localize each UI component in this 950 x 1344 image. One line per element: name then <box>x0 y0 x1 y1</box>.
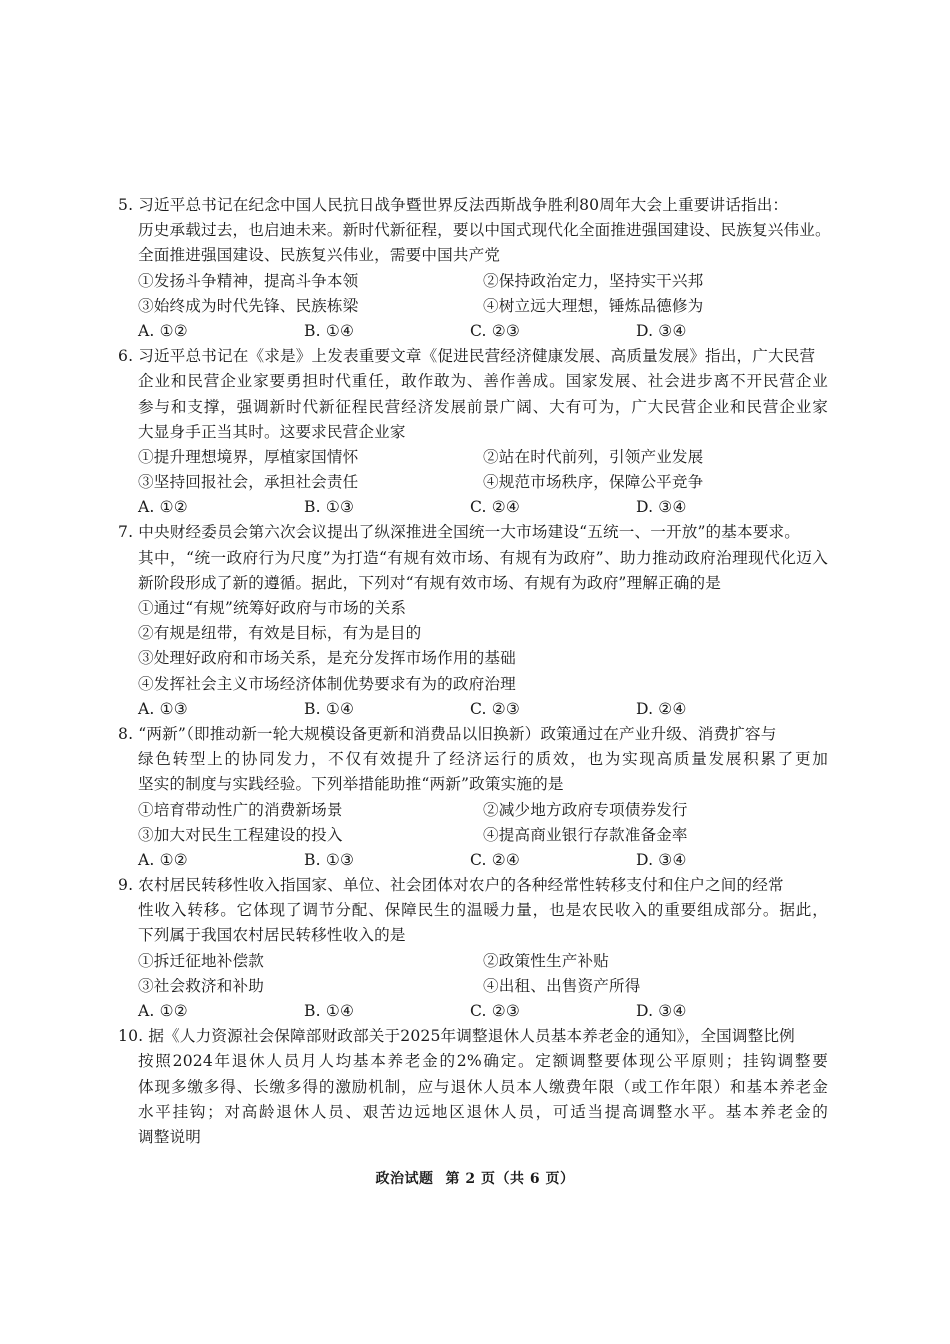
option-1: ①提升理想境界，厚植家国情怀 <box>138 445 483 470</box>
choice-b: B. ①③ <box>304 495 470 520</box>
option-row: ③始终成为时代先锋、民族栋梁 ④树立远大理想，锤炼品德修为 <box>118 294 828 319</box>
choice-c: C. ②④ <box>470 848 636 873</box>
question-stem-line: 其中，“统一政府行为尺度”为打造“有规有效市场、有规有为政府”、助力推动政府治理… <box>118 546 828 571</box>
question-stem-line: 9. 农村居民转移性收入指国家、单位、社会团体对农户的各种经常性转移支付和住户之… <box>118 873 828 898</box>
question-stem-line: 大显身手正当其时。这要求民营企业家 <box>118 420 828 445</box>
choice-c: C. ②③ <box>470 999 636 1024</box>
choice-d: D. ③④ <box>636 495 802 520</box>
question-stem-line: 全面推进强国建设、民族复兴伟业，需要中国共产党 <box>118 243 828 268</box>
question-stem-line: 8. “两新”（即推动新一轮大规模设备更新和消费品以旧换新）政策通过在产业升级、… <box>118 722 828 747</box>
choice-d: D. ③④ <box>636 999 802 1024</box>
question-stem-line: 6. 习近平总书记在《求是》上发表重要文章《促进民营经济健康发展、高质量发展》指… <box>118 344 828 369</box>
option-2: ②政策性生产补贴 <box>483 949 828 974</box>
option-row: ③坚持回报社会，承担社会责任 ④规范市场秩序，保障公平竞争 <box>118 470 828 495</box>
option-3: ③处理好政府和市场关系，是充分发挥市场作用的基础 <box>118 646 828 671</box>
option-2: ②减少地方政府专项债券发行 <box>483 798 828 823</box>
option-3: ③社会救济和补助 <box>138 974 483 999</box>
question-6: 6. 习近平总书记在《求是》上发表重要文章《促进民营经济健康发展、高质量发展》指… <box>118 344 828 520</box>
option-4: ④发挥社会主义市场经济体制优势要求有为的政府治理 <box>118 672 828 697</box>
option-3: ③始终成为时代先锋、民族栋梁 <box>138 294 483 319</box>
option-row: ③社会救济和补助 ④出租、出售资产所得 <box>118 974 828 999</box>
option-4: ④出租、出售资产所得 <box>483 974 828 999</box>
answer-choices: A. ①② B. ①③ C. ②④ D. ③④ <box>118 495 828 520</box>
choice-c: C. ②④ <box>470 495 636 520</box>
choice-d: D. ②④ <box>636 697 802 722</box>
option-2: ②有规是纽带，有效是目标，有为是目的 <box>118 621 828 646</box>
choice-a: A. ①② <box>138 848 304 873</box>
page-footer: 政治试题第 2 页（共 6 页） <box>0 1168 950 1188</box>
question-7: 7. 中央财经委员会第六次会议提出了纵深推进全国统一大市场建设“五统一、一开放”… <box>118 520 828 722</box>
choice-a: A. ①② <box>138 319 304 344</box>
choice-b: B. ①④ <box>304 319 470 344</box>
option-4: ④提高商业银行存款准备金率 <box>483 823 828 848</box>
question-stem-line: 坚实的制度与实践经验。下列举措能助推“两新”政策实施的是 <box>118 772 828 797</box>
option-2: ②保持政治定力，坚持实干兴邦 <box>483 269 828 294</box>
option-4: ④树立远大理想，锤炼品德修为 <box>483 294 828 319</box>
question-stem-line: 性收入转移。它体现了调节分配、保障民生的温暖力量，也是农民收入的重要组成部分。据… <box>118 898 828 923</box>
option-1: ①通过“有规”统筹好政府与市场的关系 <box>118 596 828 621</box>
option-1: ①培育带动性广的消费新场景 <box>138 798 483 823</box>
footer-page-number: 第 2 页（共 6 页） <box>446 1171 575 1187</box>
option-1: ①拆迁征地补偿款 <box>138 949 483 974</box>
question-stem-line: 下列属于我国农村居民转移性收入的是 <box>118 923 828 948</box>
choice-c: C. ②③ <box>470 697 636 722</box>
option-row: ①培育带动性广的消费新场景 ②减少地方政府专项债券发行 <box>118 798 828 823</box>
option-row: ①提升理想境界，厚植家国情怀 ②站在时代前列，引领产业发展 <box>118 445 828 470</box>
choice-a: A. ①② <box>138 495 304 520</box>
option-row: ①拆迁征地补偿款 ②政策性生产补贴 <box>118 949 828 974</box>
choice-b: B. ①④ <box>304 697 470 722</box>
choice-b: B. ①④ <box>304 999 470 1024</box>
question-9: 9. 农村居民转移性收入指国家、单位、社会团体对农户的各种经常性转移支付和住户之… <box>118 873 828 1024</box>
choice-d: D. ③④ <box>636 319 802 344</box>
question-stem-line: 7. 中央财经委员会第六次会议提出了纵深推进全国统一大市场建设“五统一、一开放”… <box>118 520 828 545</box>
choice-c: C. ②③ <box>470 319 636 344</box>
question-stem-line: 历史承载过去，也启迪未来。新时代新征程，要以中国式现代化全面推进强国建设、民族复… <box>118 218 828 243</box>
choice-d: D. ③④ <box>636 848 802 873</box>
question-stem-line: 水平挂钩；对高龄退休人员、艰苦边远地区退休人员，可适当提高调整水平。基本养老金的 <box>118 1100 828 1125</box>
option-row: ③加大对民生工程建设的投入 ④提高商业银行存款准备金率 <box>118 823 828 848</box>
choice-a: A. ①③ <box>138 697 304 722</box>
question-stem-line: 新阶段形成了新的遵循。据此，下列对“有规有效市场、有规有为政府”理解正确的是 <box>118 571 828 596</box>
question-10: 10. 据《人力资源社会保障部财政部关于2025年调整退休人员基本养老金的通知》… <box>118 1024 828 1150</box>
exam-page: 5. 习近平总书记在纪念中国人民抗日战争暨世界反法西斯战争胜利80周年大会上重要… <box>118 193 828 1150</box>
question-8: 8. “两新”（即推动新一轮大规模设备更新和消费品以旧换新）政策通过在产业升级、… <box>118 722 828 873</box>
option-2: ②站在时代前列，引领产业发展 <box>483 445 828 470</box>
answer-choices: A. ①② B. ①③ C. ②④ D. ③④ <box>118 848 828 873</box>
option-3: ③加大对民生工程建设的投入 <box>138 823 483 848</box>
answer-choices: A. ①③ B. ①④ C. ②③ D. ②④ <box>118 697 828 722</box>
footer-subject: 政治试题 <box>376 1171 434 1187</box>
option-4: ④规范市场秩序，保障公平竞争 <box>483 470 828 495</box>
question-stem-line: 企业和民营企业家要勇担时代重任，敢作敢为、善作善成。国家发展、社会进步离不开民营… <box>118 369 828 394</box>
question-stem-line: 参与和支撑，强调新时代新征程民营经济发展前景广阔、大有可为，广大民营企业和民营企… <box>118 395 828 420</box>
option-1: ①发扬斗争精神，提高斗争本领 <box>138 269 483 294</box>
answer-choices: A. ①② B. ①④ C. ②③ D. ③④ <box>118 319 828 344</box>
option-3: ③坚持回报社会，承担社会责任 <box>138 470 483 495</box>
question-stem-line: 绿色转型上的协同发力，不仅有效提升了经济运行的质效，也为实现高质量发展积累了更加 <box>118 747 828 772</box>
question-stem-line: 10. 据《人力资源社会保障部财政部关于2025年调整退休人员基本养老金的通知》… <box>118 1024 828 1049</box>
choice-b: B. ①③ <box>304 848 470 873</box>
question-stem-line: 调整说明 <box>118 1125 828 1150</box>
answer-choices: A. ①② B. ①④ C. ②③ D. ③④ <box>118 999 828 1024</box>
option-row: ①发扬斗争精神，提高斗争本领 ②保持政治定力，坚持实干兴邦 <box>118 269 828 294</box>
question-stem-line: 5. 习近平总书记在纪念中国人民抗日战争暨世界反法西斯战争胜利80周年大会上重要… <box>118 193 828 218</box>
question-stem-line: 体现多缴多得、长缴多得的激励机制，应与退休人员本人缴费年限（或工作年限）和基本养… <box>118 1075 828 1100</box>
choice-a: A. ①② <box>138 999 304 1024</box>
question-5: 5. 习近平总书记在纪念中国人民抗日战争暨世界反法西斯战争胜利80周年大会上重要… <box>118 193 828 344</box>
question-stem-line: 按照2024年退休人员月人均基本养老金的2%确定。定额调整要体现公平原则；挂钩调… <box>118 1049 828 1074</box>
